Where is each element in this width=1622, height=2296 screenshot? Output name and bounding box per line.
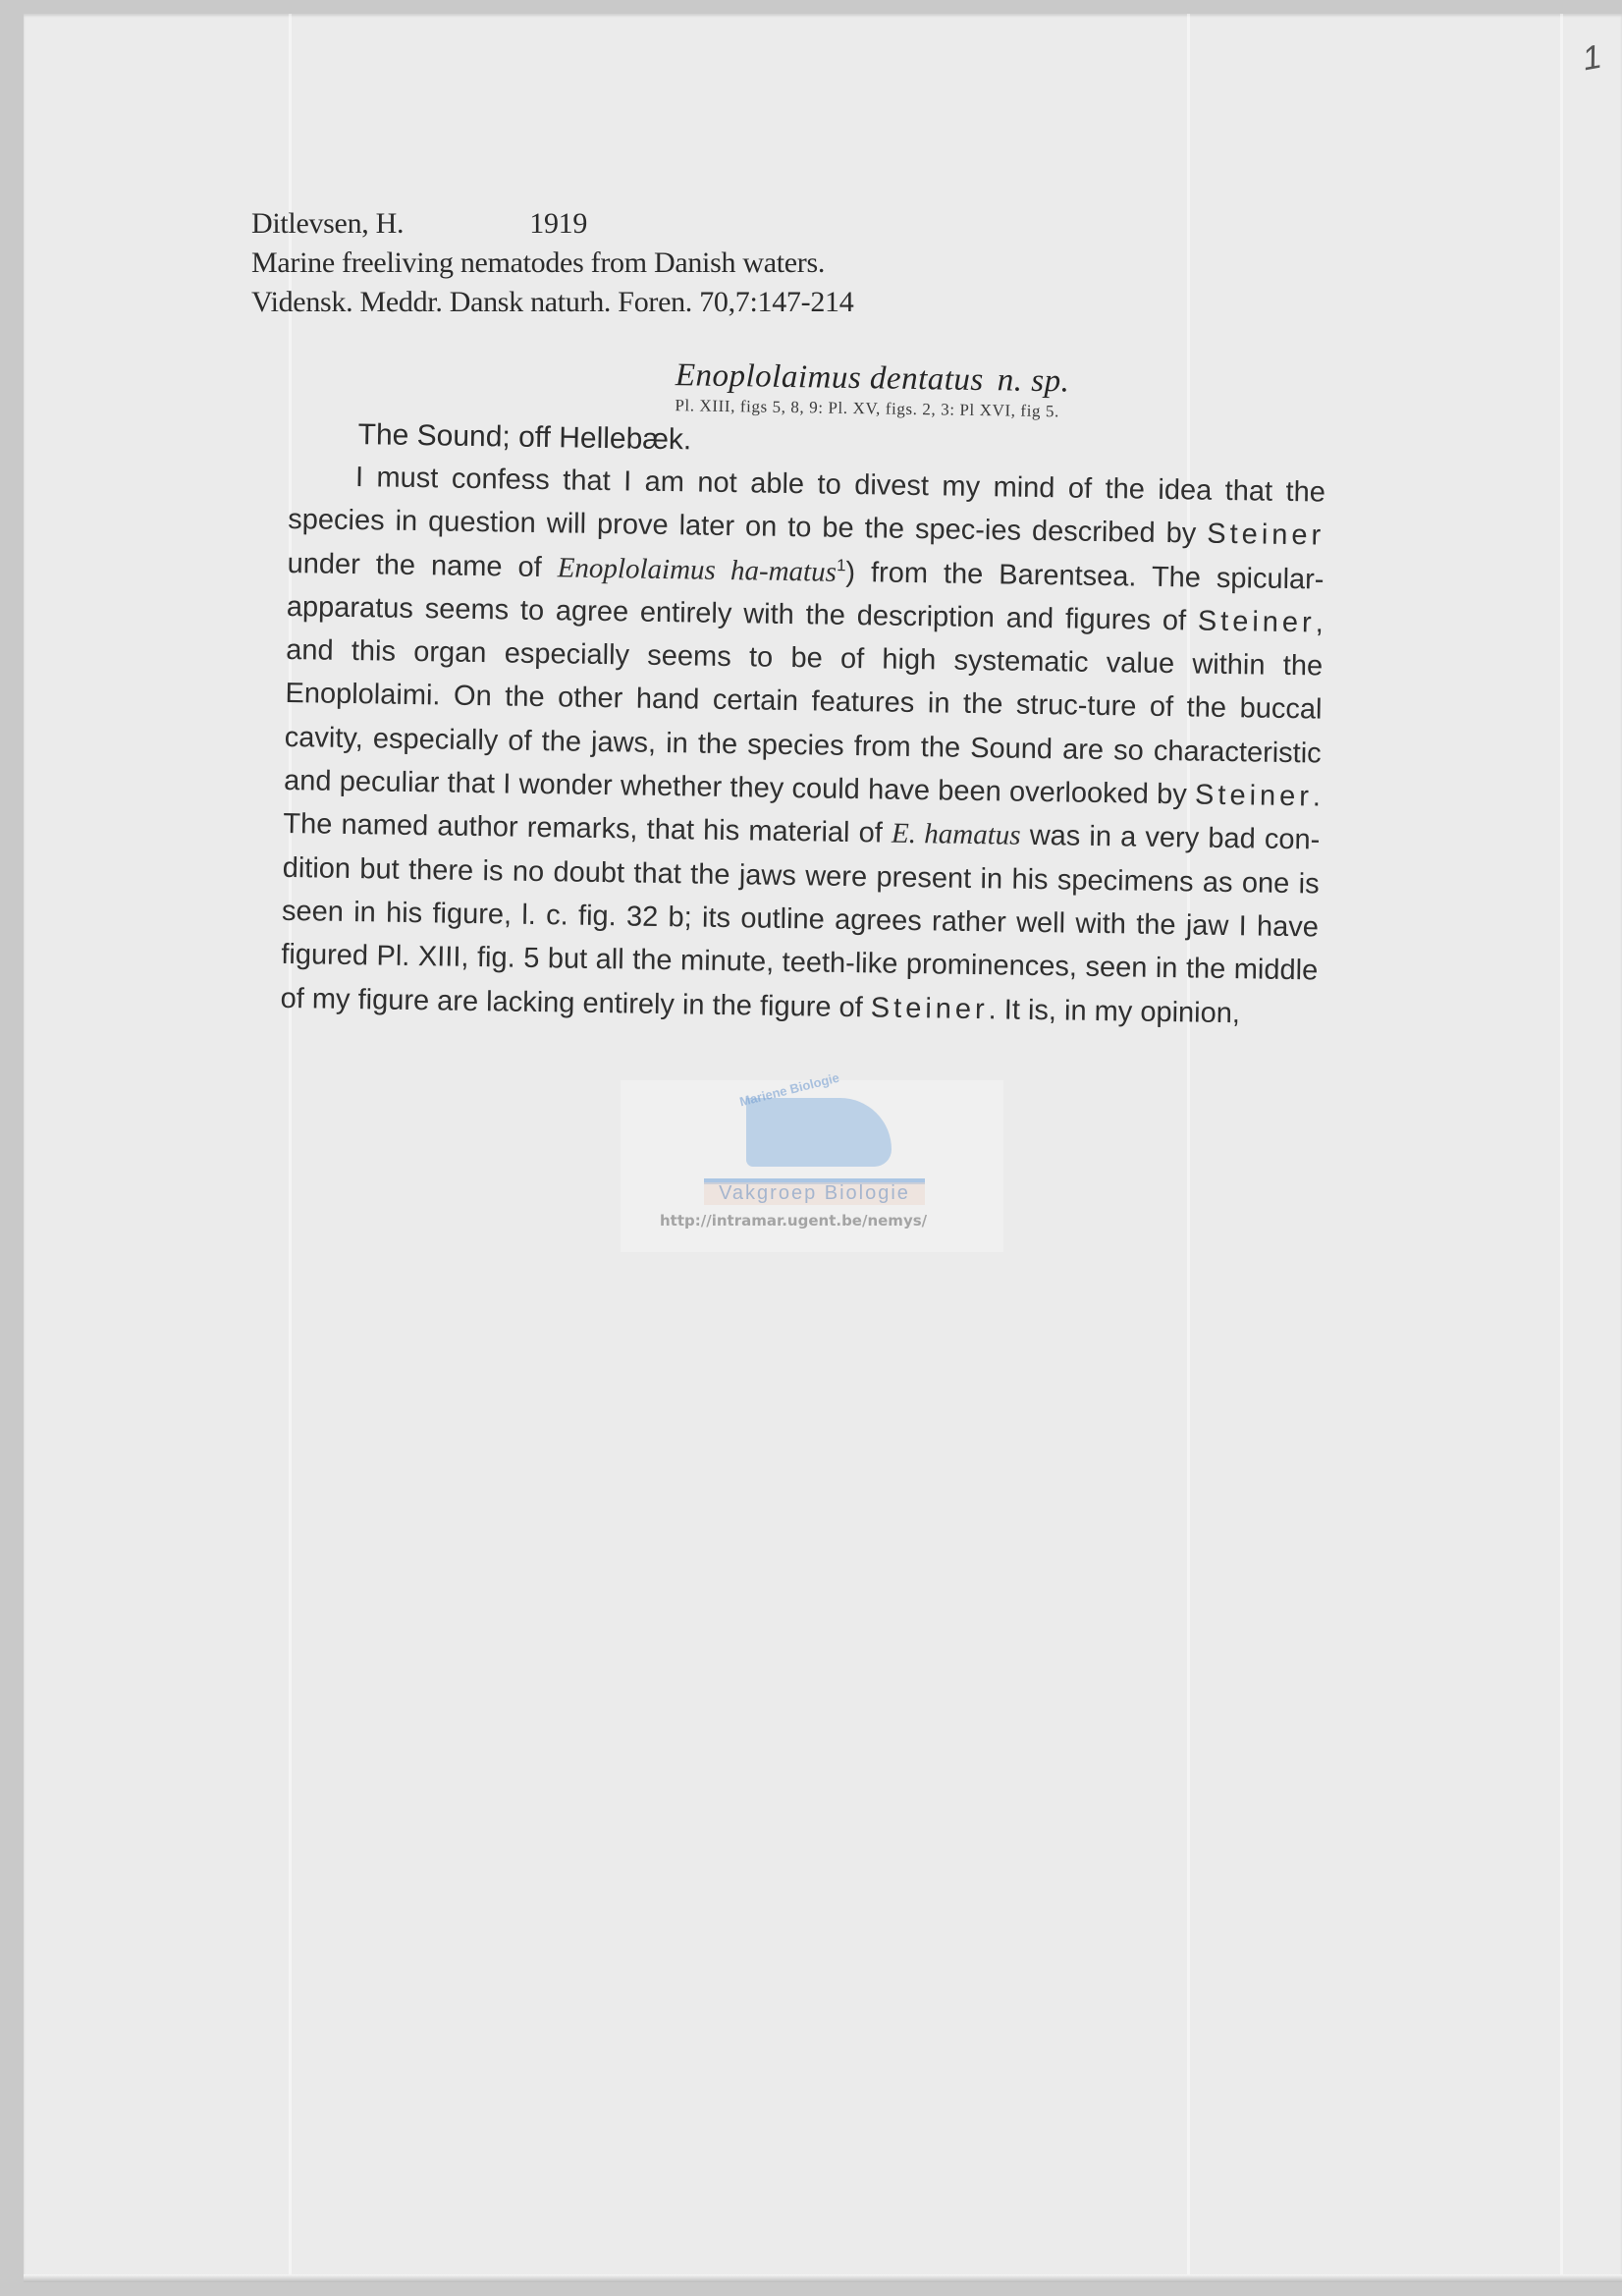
species-italic: Enoplolaimus ha-matus [557,552,837,587]
text-run: , and this organ especially seems to be … [284,607,1324,810]
species-italic: E. hamatus [892,818,1021,851]
scan-streak [1560,14,1563,2282]
species-name: Enoplolaimus dentatus [676,357,984,398]
text-run: I must confess that I am not able to div… [288,462,1325,550]
author-name-steiner: Steiner [1198,605,1316,638]
citation-year: 1919 [529,207,587,240]
citation-author: Ditlevsen, H. [251,207,404,240]
author-name-steiner: Steiner [1207,519,1325,552]
article-excerpt: Enoplolaimus dentatusn. sp. Pl. XIII, fi… [280,352,1327,1036]
scan-streak [1187,14,1190,2282]
text-run: under the name of [287,548,558,583]
author-name-steiner: Steiner [1195,780,1313,813]
species-suffix: n. sp. [998,362,1070,399]
citation-journal: Vidensk. Meddr. Dansk naturh. Foren. 70,… [251,283,853,322]
author-name-steiner: Steiner [871,992,989,1025]
citation-title: Marine freeliving nematodes from Danish … [251,244,853,283]
scanned-page [24,14,1622,2282]
body-paragraph: I must confess that I am not able to div… [280,455,1325,1036]
citation-header: Ditlevsen, H.1919 Marine freeliving nema… [251,204,853,322]
text-run: was in a very bad con-dition but there i… [280,820,1320,1023]
footnote-mark: 1 [837,556,846,574]
text-run: . It is, in my opinion, [988,994,1240,1029]
page-bottom-edge [24,2274,1622,2282]
